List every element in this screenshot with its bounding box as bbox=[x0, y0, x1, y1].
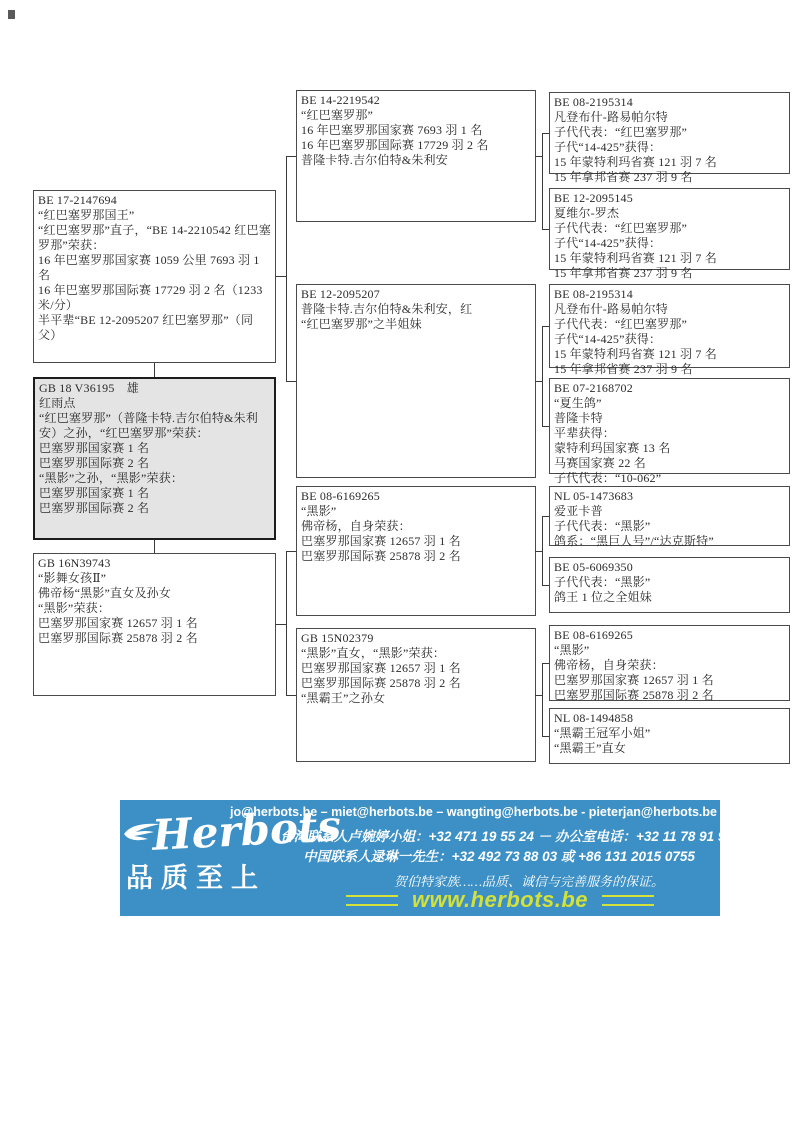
pedigree-text-line: “红巴塞罗那”（普隆卡特.吉尔伯特&朱利安）之孙，“红巴塞罗那”荣获： bbox=[39, 411, 270, 441]
pedigree-text-line: 子代代表：“红巴塞罗那” bbox=[554, 221, 785, 236]
pedigree-box-ffm: BE 12-2095145夏维尔-罗杰子代代表：“红巴塞罗那”子代“14-425… bbox=[549, 188, 790, 270]
pedigree-text-line: 巴塞罗那国际赛 25878 羽 2 名 bbox=[554, 688, 785, 703]
pedigree-text-line: 15 年拿邦省赛 237 羽 9 名 bbox=[554, 266, 785, 281]
pedigree-box-fmm: BE 07-2168702“夏生鸽”普隆卡特平辈获得：蒙特利玛国家赛 13 名马… bbox=[549, 378, 790, 474]
pedigree-box-mm: GB 15N02379“黑影”直女，“黑影”荣获：巴塞罗那国家赛 12657 羽… bbox=[296, 628, 536, 762]
connector-line bbox=[542, 663, 549, 664]
connector-line bbox=[286, 156, 296, 157]
pedigree-text-line: 子代“14-425”获得： bbox=[554, 332, 785, 347]
pedigree-text-line: 巴塞罗那国家赛 12657 羽 1 名 bbox=[38, 616, 271, 631]
pedigree-text-line: 子代代表：“黑影” bbox=[554, 519, 785, 534]
pedigree-text-line: 16 年巴塞罗那国际赛 17729 羽 2 名（1233 米/分） bbox=[38, 283, 271, 313]
pedigree-text-line: 15 年拿邦省赛 237 羽 9 名 bbox=[554, 170, 785, 185]
banner-china-contact: 中国联系人逯琳一先生：+32 492 73 88 03 或 +86 131 20… bbox=[280, 845, 718, 865]
connector-line bbox=[535, 156, 542, 157]
pedigree-text-line: 鸽系：“黑巨人号”/“达克斯特” bbox=[554, 534, 785, 549]
connector-line bbox=[154, 540, 155, 553]
scan-artifact bbox=[8, 10, 15, 19]
pedigree-text-line: 巴塞罗那国际赛 2 名 bbox=[39, 501, 270, 516]
pedigree-box-fff: BE 08-2195314凡登布什-路易帕尔特子代代表：“红巴塞罗那”子代“14… bbox=[549, 92, 790, 174]
pedigree-text-line: 16 年巴塞罗那国际赛 17729 羽 2 名 bbox=[301, 138, 531, 153]
pedigree-text-line: 凡登布什-路易帕尔特 bbox=[554, 110, 785, 125]
connector-line bbox=[542, 736, 549, 737]
website-decoration-right bbox=[602, 895, 654, 906]
pedigree-box-mmf: BE 08-6169265“黑影”佛帝杨，自身荣获：巴塞罗那国家赛 12657 … bbox=[549, 625, 790, 701]
herbots-ad-banner: Herbots 品质至上 jo@herbots.be – miet@herbot… bbox=[120, 800, 720, 916]
pedigree-text-line: BE 12-2095207 bbox=[301, 287, 531, 302]
banner-website-row: www.herbots.be bbox=[310, 887, 690, 913]
pedigree-text-line: BE 08-2195314 bbox=[554, 287, 785, 302]
connector-line bbox=[154, 363, 155, 377]
pedigree-text-line: 巴塞罗那国际赛 25878 羽 2 名 bbox=[38, 631, 271, 646]
pedigree-text-line: BE 07-2168702 bbox=[554, 381, 785, 396]
pedigree-box-fmf: BE 08-2195314凡登布什-路易帕尔特子代代表：“红巴塞罗那”子代“14… bbox=[549, 284, 790, 368]
connector-line bbox=[286, 551, 296, 552]
pedigree-text-line: 佛帝杨，自身荣获： bbox=[301, 519, 531, 534]
connector-line bbox=[286, 551, 287, 696]
pedigree-text-line: “黑霸王冠军小姐” bbox=[554, 726, 785, 741]
pedigree-text-line: 巴塞罗那国际赛 25878 羽 2 名 bbox=[301, 676, 531, 691]
connector-line bbox=[542, 585, 549, 586]
pedigree-text-line: 巴塞罗那国家赛 1 名 bbox=[39, 486, 270, 501]
pedigree-text-line: “影舞女孩Ⅱ” bbox=[38, 571, 271, 586]
pedigree-text-line: 巴塞罗那国家赛 12657 羽 1 名 bbox=[301, 534, 531, 549]
connector-line bbox=[542, 516, 543, 586]
pedigree-box-fm: BE 12-2095207普隆卡特.吉尔伯特&朱利安，红“红巴塞罗那”之半姐妹 bbox=[296, 284, 536, 478]
pedigree-text-line: 马赛国家赛 22 名 bbox=[554, 456, 785, 471]
pedigree-text-line: BE 14-2219542 bbox=[301, 93, 531, 108]
pedigree-text-line: “黑影”直女，“黑影”荣获： bbox=[301, 646, 531, 661]
pedigree-text-line: NL 08-1494858 bbox=[554, 711, 785, 726]
pedigree-box-father: BE 17-2147694“红巴塞罗那国王”“红巴塞罗那”直子，“BE 14-2… bbox=[33, 190, 276, 363]
banner-taiwan-contact: 台湾联系人卢婉婷小姐：+32 471 19 55 24 － 办公室电话：+32 … bbox=[280, 825, 718, 845]
website-link[interactable]: www.herbots.be bbox=[412, 887, 588, 912]
pedigree-text-line: 佛帝杨“黑影”直女及孙女 bbox=[38, 586, 271, 601]
pedigree-text-line: GB 15N02379 bbox=[301, 631, 531, 646]
connector-line bbox=[542, 133, 543, 230]
pedigree-text-line: “黑影” bbox=[554, 643, 785, 658]
connector-line bbox=[535, 551, 542, 552]
pedigree-box-subject: GB 18 V36195 雄红雨点“红巴塞罗那”（普隆卡特.吉尔伯特&朱利安）之… bbox=[33, 377, 276, 540]
pedigree-text-line: 子代“14-425”获得： bbox=[554, 140, 785, 155]
pedigree-text-line: 佛帝杨，自身荣获： bbox=[554, 658, 785, 673]
connector-line bbox=[286, 381, 296, 382]
pedigree-text-line: BE 08-6169265 bbox=[554, 628, 785, 643]
pedigree-box-mf: BE 08-6169265“黑影”佛帝杨，自身荣获：巴塞罗那国家赛 12657 … bbox=[296, 486, 536, 616]
pedigree-text-line: 子代代表：“10-062” bbox=[554, 471, 785, 486]
pedigree-box-mff: NL 05-1473683爱亚卡普子代代表：“黑影”鸽系：“黑巨人号”/“达克斯… bbox=[549, 486, 790, 546]
pedigree-text-line: “红巴塞罗那国王” bbox=[38, 208, 271, 223]
pedigree-text-line: BE 17-2147694 bbox=[38, 193, 271, 208]
pedigree-text-line: “红巴塞罗那” bbox=[301, 108, 531, 123]
connector-line bbox=[286, 156, 287, 382]
connector-line bbox=[542, 663, 543, 737]
pedigree-text-line: 16 年巴塞罗那国家赛 1059 公里 7693 羽 1 名 bbox=[38, 253, 271, 283]
pedigree-box-ff: BE 14-2219542“红巴塞罗那”16 年巴塞罗那国家赛 7693 羽 1… bbox=[296, 90, 536, 222]
connector-line bbox=[542, 516, 549, 517]
pedigree-text-line: 巴塞罗那国家赛 1 名 bbox=[39, 441, 270, 456]
banner-emails[interactable]: jo@herbots.be – miet@herbots.be – wangti… bbox=[230, 805, 717, 819]
pedigree-box-mfm: BE 05-6069350子代代表：“黑影”鸽王 1 位之全姐妹 bbox=[549, 557, 790, 613]
pedigree-text-line: GB 18 V36195 雄 bbox=[39, 381, 270, 396]
pedigree-text-line: 15 年蒙特利玛省赛 121 羽 7 名 bbox=[554, 155, 785, 170]
pedigree-text-line: 普隆卡特.吉尔伯特&朱利安，红 bbox=[301, 302, 531, 317]
pedigree-box-mmm: NL 08-1494858“黑霸王冠军小姐”“黑霸王”直女 bbox=[549, 708, 790, 764]
pedigree-text-line: “夏生鸽” bbox=[554, 396, 785, 411]
pedigree-text-line: 巴塞罗那国际赛 25878 羽 2 名 bbox=[301, 549, 531, 564]
pedigree-text-line: 巴塞罗那国际赛 2 名 bbox=[39, 456, 270, 471]
pedigree-text-line: 15 年拿邦省赛 237 羽 9 名 bbox=[554, 362, 785, 377]
pedigree-text-line: BE 05-6069350 bbox=[554, 560, 785, 575]
connector-line bbox=[542, 326, 543, 427]
pedigree-text-line: “红巴塞罗那”之半姐妹 bbox=[301, 317, 531, 332]
pedigree-text-line: 半平辈“BE 12-2095207 红巴塞罗那”（同父） bbox=[38, 313, 271, 343]
pedigree-text-line: BE 12-2095145 bbox=[554, 191, 785, 206]
pedigree-text-line: 巴塞罗那国家赛 12657 羽 1 名 bbox=[301, 661, 531, 676]
pedigree-text-line: 15 年蒙特利玛省赛 121 羽 7 名 bbox=[554, 251, 785, 266]
pedigree-text-line: 子代“14-425”获得： bbox=[554, 236, 785, 251]
pedigree-text-line: 16 年巴塞罗那国家赛 7693 羽 1 名 bbox=[301, 123, 531, 138]
pedigree-text-line: 红雨点 bbox=[39, 396, 270, 411]
pedigree-text-line: 子代代表：“红巴塞罗那” bbox=[554, 317, 785, 332]
pedigree-text-line: “黑霸王”直女 bbox=[554, 741, 785, 756]
pedigree-text-line: 15 年蒙特利玛省赛 121 羽 7 名 bbox=[554, 347, 785, 362]
pedigree-text-line: “黑影” bbox=[301, 504, 531, 519]
pedigree-text-line: NL 05-1473683 bbox=[554, 489, 785, 504]
pedigree-text-line: BE 08-2195314 bbox=[554, 95, 785, 110]
connector-line bbox=[542, 326, 549, 327]
pedigree-text-line: 子代代表：“红巴塞罗那” bbox=[554, 125, 785, 140]
pedigree-text-line: BE 08-6169265 bbox=[301, 489, 531, 504]
pedigree-text-line: “黑影”荣获： bbox=[38, 601, 271, 616]
pedigree-text-line: 鸽王 1 位之全姐妹 bbox=[554, 590, 785, 605]
connector-line bbox=[542, 426, 549, 427]
pedigree-text-line: 平辈获得： bbox=[554, 426, 785, 441]
pedigree-text-line: GB 16N39743 bbox=[38, 556, 271, 571]
pedigree-text-line: 蒙特利玛国家赛 13 名 bbox=[554, 441, 785, 456]
pedigree-text-line: 凡登布什-路易帕尔特 bbox=[554, 302, 785, 317]
pedigree-box-mother: GB 16N39743“影舞女孩Ⅱ”佛帝杨“黑影”直女及孙女“黑影”荣获：巴塞罗… bbox=[33, 553, 276, 696]
pedigree-text-line: 子代代表：“黑影” bbox=[554, 575, 785, 590]
connector-line bbox=[286, 695, 296, 696]
pedigree-text-line: “黑影”之孙，“黑影”荣获： bbox=[39, 471, 270, 486]
connector-line bbox=[275, 624, 286, 625]
pedigree-page: BE 17-2147694“红巴塞罗那国王”“红巴塞罗那”直子，“BE 14-2… bbox=[0, 0, 793, 1122]
pedigree-text-line: 爱亚卡普 bbox=[554, 504, 785, 519]
connector-line bbox=[542, 133, 549, 134]
connector-line bbox=[275, 276, 286, 277]
connector-line bbox=[535, 695, 542, 696]
pedigree-text-line: 普隆卡特.吉尔伯特&朱利安 bbox=[301, 153, 531, 168]
connector-line bbox=[542, 229, 549, 230]
pedigree-text-line: 夏维尔-罗杰 bbox=[554, 206, 785, 221]
connector-line bbox=[535, 381, 542, 382]
pedigree-text-line: “黑霸王”之孙女 bbox=[301, 691, 531, 706]
pedigree-text-line: 巴塞罗那国家赛 12657 羽 1 名 bbox=[554, 673, 785, 688]
pedigree-text-line: 普隆卡特 bbox=[554, 411, 785, 426]
website-decoration-left bbox=[346, 895, 398, 906]
pedigree-text-line: “红巴塞罗那”直子，“BE 14-2210542 红巴塞罗那”荣获： bbox=[38, 223, 271, 253]
